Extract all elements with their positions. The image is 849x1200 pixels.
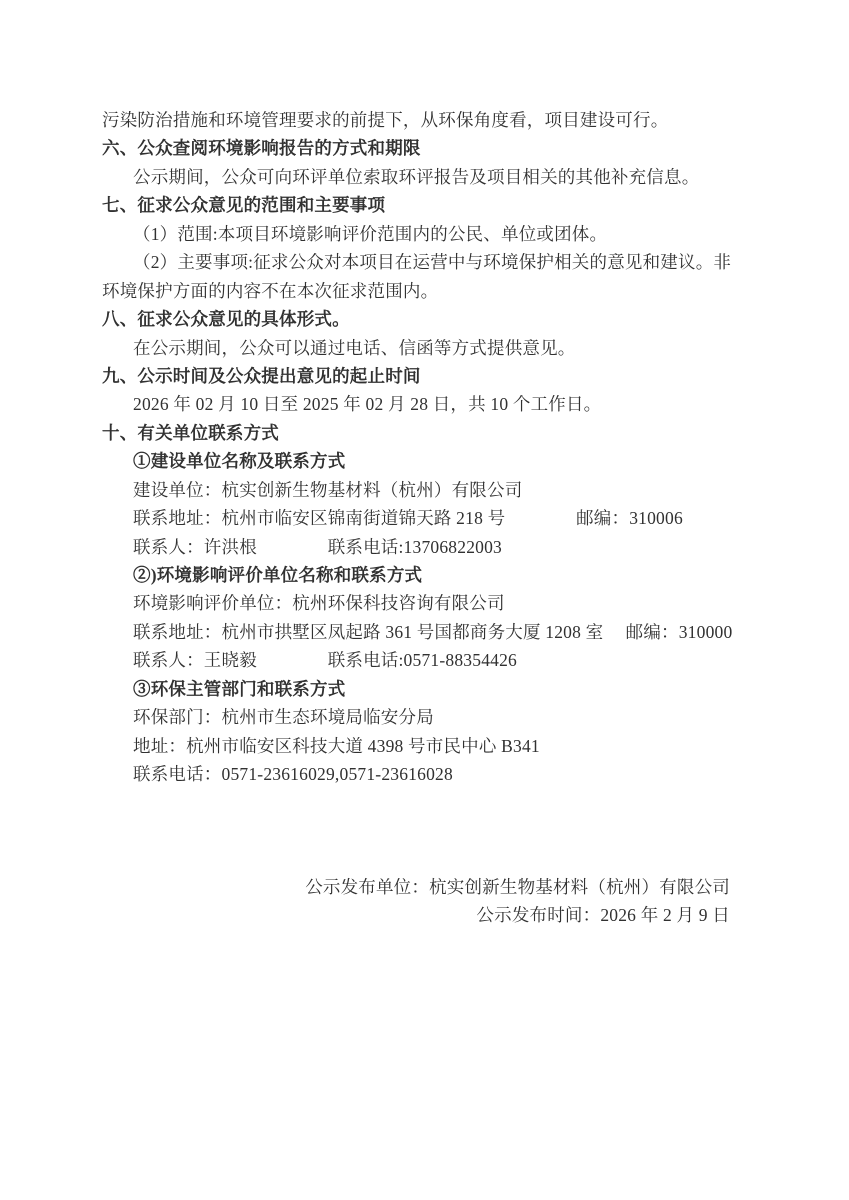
paragraph-line: 联系电话：0571-23616029,0571-23616028 (102, 760, 730, 788)
document-footer: 公示发布单位：杭实创新生物基材料（杭州）有限公司公示发布时间：2026 年 2 … (102, 873, 730, 930)
footer-line: 公示发布时间：2026 年 2 月 9 日 (102, 901, 730, 929)
paragraph-line: 在公示期间，公众可以通过电话、信函等方式提供意见。 (102, 334, 730, 362)
paragraph-line: 环境影响评价单位：杭州环保科技咨询有限公司 (102, 589, 730, 617)
paragraph-line: 污染防治措施和环境管理要求的前提下，从环保角度看，项目建设可行。 (102, 106, 730, 134)
paragraph-line: 环境保护方面的内容不在本次征求范围内。 (102, 277, 730, 305)
section-heading: 七、征求公众意见的范围和主要事项 (102, 191, 730, 219)
paragraph-line: 联系地址：杭州市拱墅区凤起路 361 号国都商务大厦 1208 室 邮编：310… (102, 618, 730, 646)
paragraph-line: 地址：杭州市临安区科技大道 4398 号市民中心 B341 (102, 732, 730, 760)
paragraph-line: （1）范围:本项目环境影响评价范围内的公民、单位或团体。 (102, 220, 730, 248)
section-heading: 十、有关单位联系方式 (102, 419, 730, 447)
document-body: 污染防治措施和环境管理要求的前提下，从环保角度看，项目建设可行。六、公众查阅环境… (102, 106, 730, 789)
paragraph-line: 2026 年 02 月 10 日至 2025 年 02 月 28 日，共 10 … (102, 390, 730, 418)
paragraph-line: 联系地址：杭州市临安区锦南街道锦天路 218 号 邮编：310006 (102, 504, 730, 532)
section-heading: 八、征求公众意见的具体形式。 (102, 305, 730, 333)
footer-line: 公示发布单位：杭实创新生物基材料（杭州）有限公司 (102, 873, 730, 901)
section-heading: 六、公众查阅环境影响报告的方式和期限 (102, 134, 730, 162)
paragraph-line: 建设单位：杭实创新生物基材料（杭州）有限公司 (102, 476, 730, 504)
document-page: 污染防治措施和环境管理要求的前提下，从环保角度看，项目建设可行。六、公众查阅环境… (0, 0, 849, 1200)
section-heading: 九、公示时间及公众提出意见的起止时间 (102, 362, 730, 390)
section-heading: ②)环境影响评价单位名称和联系方式 (102, 561, 730, 589)
paragraph-line: 环保部门：杭州市生态环境局临安分局 (102, 703, 730, 731)
section-heading: ③环保主管部门和联系方式 (102, 675, 730, 703)
paragraph-line: （2）主要事项:征求公众对本项目在运营中与环境保护相关的意见和建议。非 (102, 248, 730, 276)
paragraph-line: 联系人：许洪根 联系电话:13706822003 (102, 533, 730, 561)
section-heading: ①建设单位名称及联系方式 (102, 447, 730, 475)
paragraph-line: 公示期间，公众可向环评单位索取环评报告及项目相关的其他补充信息。 (102, 163, 730, 191)
paragraph-line: 联系人：王晓毅 联系电话:0571-88354426 (102, 646, 730, 674)
